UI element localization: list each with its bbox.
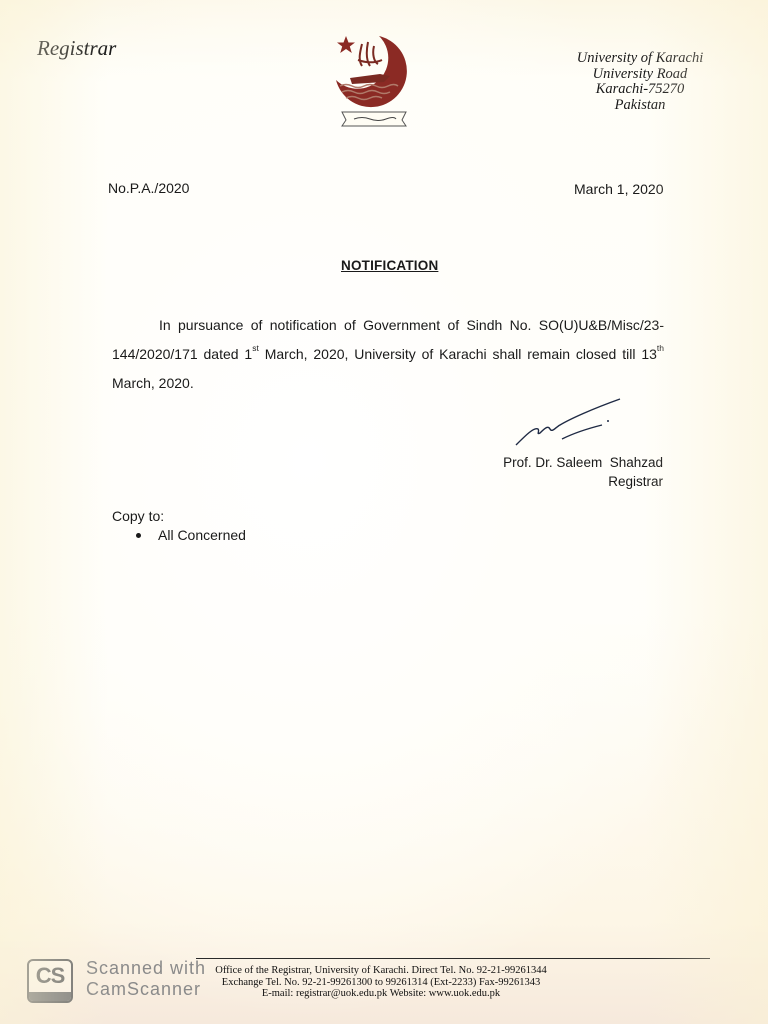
ordinal-suffix: th	[657, 343, 664, 353]
university-address: University of Karachi University Road Ka…	[566, 51, 714, 113]
footer-line: Office of the Registrar, University of K…	[186, 965, 576, 977]
bullet-icon	[136, 533, 141, 538]
address-line: University of Karachi	[566, 51, 714, 67]
watermark-line: Scanned with	[86, 958, 206, 979]
body-text: March, 2020, University of Karachi shall…	[259, 346, 657, 362]
letter-date: March 1, 2020	[574, 181, 664, 197]
reference-number: No.P.A./2020	[108, 180, 189, 196]
university-crest-icon	[332, 30, 416, 128]
camscanner-logo-icon: CS	[27, 959, 73, 1003]
copy-to-list: All Concerned	[136, 527, 246, 543]
footer-contact: Office of the Registrar, University of K…	[186, 965, 576, 1000]
recipient: All Concerned	[158, 527, 246, 543]
footer-divider	[196, 958, 710, 959]
camscanner-logo-text: CS	[29, 963, 71, 989]
address-line: Karachi-75270	[566, 82, 714, 98]
footer-line: E-mail: registrar@uok.edu.pk Website: ww…	[186, 988, 576, 1000]
signatory-block: Prof. Dr. Saleem Shahzad Registrar	[503, 453, 663, 491]
scanner-watermark: Scanned with CamScanner	[86, 958, 206, 1000]
copy-to-label: Copy to:	[112, 508, 164, 524]
address-line: University Road	[566, 67, 714, 83]
notice-body: In pursuance of notification of Governme…	[112, 311, 664, 398]
list-item: All Concerned	[136, 527, 246, 543]
body-text: March, 2020.	[112, 375, 194, 391]
watermark-line: CamScanner	[86, 979, 206, 1000]
ordinal-suffix: st	[252, 343, 259, 353]
footer-line: Exchange Tel. No. 92-21-99261300 to 9926…	[186, 977, 576, 989]
address-line: Pakistan	[566, 98, 714, 114]
notice-title: NOTIFICATION	[341, 258, 438, 273]
signatory-designation: Registrar	[503, 472, 663, 491]
office-title: Registrar	[37, 36, 116, 61]
signatory-name: Prof. Dr. Saleem Shahzad	[503, 453, 663, 472]
document-page: Registrar University of Karachi Universi…	[0, 0, 768, 1024]
handwritten-signature-icon	[512, 395, 632, 455]
